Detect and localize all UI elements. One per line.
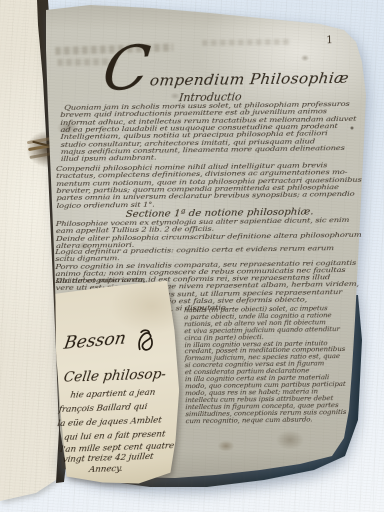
ownership-note-wrap: Besson Celle philosop-hie apartient a je… [52, 282, 188, 490]
paragraph-2: Compendii philosophici nomine nihil aliu… [56, 163, 307, 211]
page-title: ompendium Philosophiæ [149, 71, 350, 90]
ink-bleedthrough [202, 39, 290, 46]
handwritten-line: cum recognitio, neque cum absurdo. [185, 415, 346, 424]
handwritten-line: Annecy. [88, 462, 175, 475]
manuscript-photograph: 1 C ompendium Philosophiæ Introductio Qu… [0, 0, 384, 512]
paragraph-1: Quoniam jam in scholis moris usus solet,… [60, 102, 303, 164]
ownership-note-text: Celle philosop-hie apartient a jeanfranç… [59, 364, 172, 475]
title-initial-letter: C [100, 37, 153, 102]
ink-flourish-knot-icon [134, 327, 157, 354]
page-number: 1 [326, 34, 333, 46]
paragraph-6-right-column: habilis (in parte obiecti) solet, ac imp… [184, 305, 332, 424]
ownership-note-content: Besson Celle philosop-hie apartient a je… [48, 280, 191, 493]
owner-signature: Besson [63, 328, 128, 353]
